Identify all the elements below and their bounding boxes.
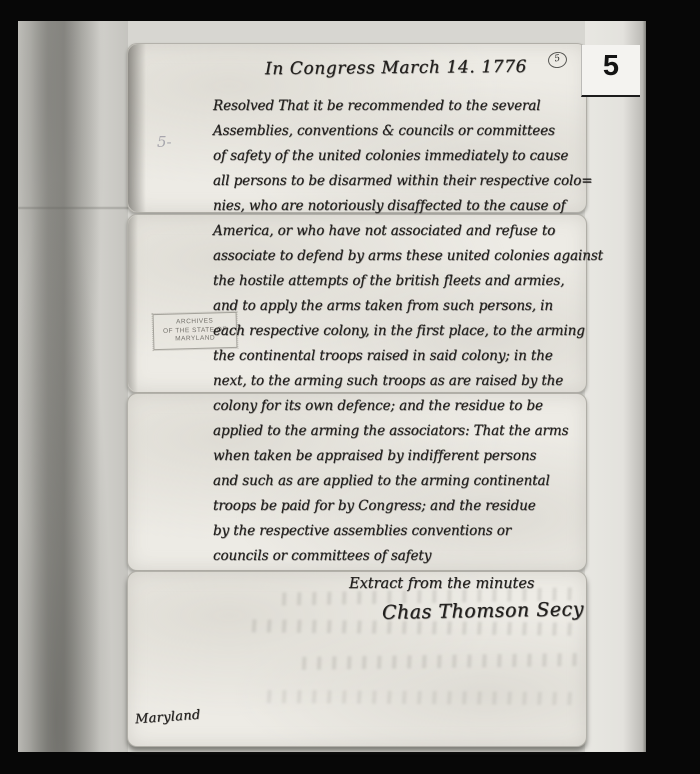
- manuscript-line: next, to the arming such troops as are r…: [213, 369, 585, 394]
- manuscript-line: by the respective assemblies conventions…: [213, 519, 585, 544]
- manuscript-line: nies, who are notoriously disaffected to…: [213, 194, 585, 219]
- resolution-body: Resolved That it be recommended to the s…: [213, 94, 585, 569]
- folio-tab-number: 5: [603, 45, 619, 87]
- manuscript-line: Assemblies, conventions & councils or co…: [213, 119, 585, 144]
- backing-right-strip: [585, 21, 646, 752]
- manuscript-line: and such as are applied to the arming co…: [213, 469, 585, 494]
- microfilm-frame: 5- ARCHIVES OF THE STATE OF MARYLAND 5 I…: [0, 0, 700, 774]
- closing-line: Extract from the minutes: [349, 576, 534, 592]
- fold-crease-shadow: [18, 207, 130, 209]
- handwriting-layer: In Congress March 14. 1776 Resolved That…: [127, 43, 585, 745]
- manuscript-line: each respective colony, in the first pla…: [213, 319, 585, 344]
- folio-tab-card: 5: [581, 45, 640, 97]
- manuscript-line: and to apply the arms taken from such pe…: [213, 294, 585, 319]
- manuscript-line: applied to the arming the associators: T…: [213, 419, 585, 444]
- manuscript-line: all persons to be disarmed within their …: [213, 169, 585, 194]
- manuscript-line: America, or who have not associated and …: [213, 219, 585, 244]
- manuscript-line: when taken be appraised by indifferent p…: [213, 444, 585, 469]
- backing-paper: 5- ARCHIVES OF THE STATE OF MARYLAND 5 I…: [18, 21, 646, 752]
- manuscript-line: councils or committees of safety: [213, 544, 585, 569]
- secretary-signature: Chas Thomson Secy: [382, 598, 584, 624]
- manuscript-line: Resolved That it be recommended to the s…: [213, 94, 585, 119]
- endorsement-maryland: Maryland: [135, 708, 202, 728]
- manuscript-line: colony for its own defence; and the resi…: [213, 394, 585, 419]
- congress-heading: In Congress March 14. 1776: [167, 56, 625, 80]
- binding-gutter-shadow: [18, 21, 128, 752]
- manuscript-page: 5- ARCHIVES OF THE STATE OF MARYLAND 5 I…: [127, 43, 585, 745]
- manuscript-line: of safety of the united colonies immedia…: [213, 144, 585, 169]
- manuscript-line: troops be paid for by Congress; and the …: [213, 494, 585, 519]
- manuscript-line: the continental troops raised in said co…: [213, 344, 585, 369]
- manuscript-line: the hostile attempts of the british flee…: [213, 269, 585, 294]
- manuscript-line: associate to defend by arms these united…: [213, 244, 585, 269]
